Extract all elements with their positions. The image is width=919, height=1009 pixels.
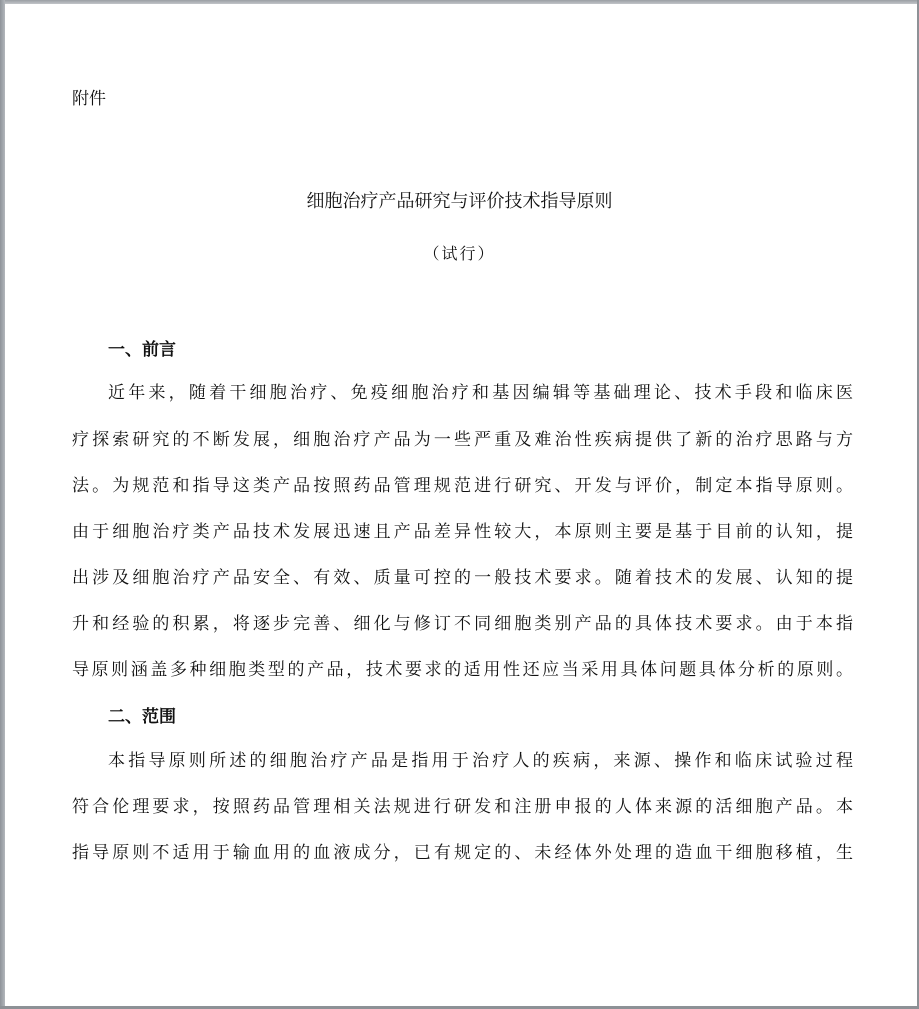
paragraph-line: 出涉及细胞治疗产品安全、有效、质量可控的一般技术要求。随着技术的发展、认知的提 <box>72 567 853 589</box>
attachment-label: 附件 <box>72 88 106 110</box>
paragraph-line: 由于细胞治疗类产品技术发展迅速且产品差异性较大，本原则主要是基于目前的认知，提 <box>72 521 853 543</box>
document-title: 细胞治疗产品研究与评价技术指导原则 <box>0 190 919 214</box>
paragraph-line: 符合伦理要求，按照药品管理相关法规进行研发和注册申报的人体来源的活细胞产品。本 <box>72 796 853 818</box>
document-subtitle: （试行） <box>0 243 919 265</box>
paragraph-line: 升和经验的积累，将逐步完善、细化与修订不同细胞类别产品的具体技术要求。由于本指 <box>72 613 853 635</box>
paragraph-line: 近年来，随着干细胞治疗、免疫细胞治疗和基因编辑等基础理论、技术手段和临床医 <box>108 382 853 404</box>
paragraph-line: 导原则涵盖多种细胞类型的产品，技术要求的适用性还应当采用具体问题具体分析的原则。 <box>72 659 853 681</box>
paragraph-line: 疗探索研究的不断发展，细胞治疗产品为一些严重及难治性疾病提供了新的治疗思路与方 <box>72 429 853 451</box>
section-heading-scope: 二、范围 <box>108 706 176 728</box>
paragraph-line: 法。为规范和指导这类产品按照药品管理规范进行研究、开发与评价，制定本指导原则。 <box>72 475 853 497</box>
paragraph-line: 本指导原则所述的细胞治疗产品是指用于治疗人的疾病，来源、操作和临床试验过程 <box>108 750 853 772</box>
section-heading-preface: 一、前言 <box>108 339 176 361</box>
paragraph-line: 指导原则不适用于输血用的血液成分，已有规定的、未经体外处理的造血干细胞移植，生 <box>72 842 853 864</box>
